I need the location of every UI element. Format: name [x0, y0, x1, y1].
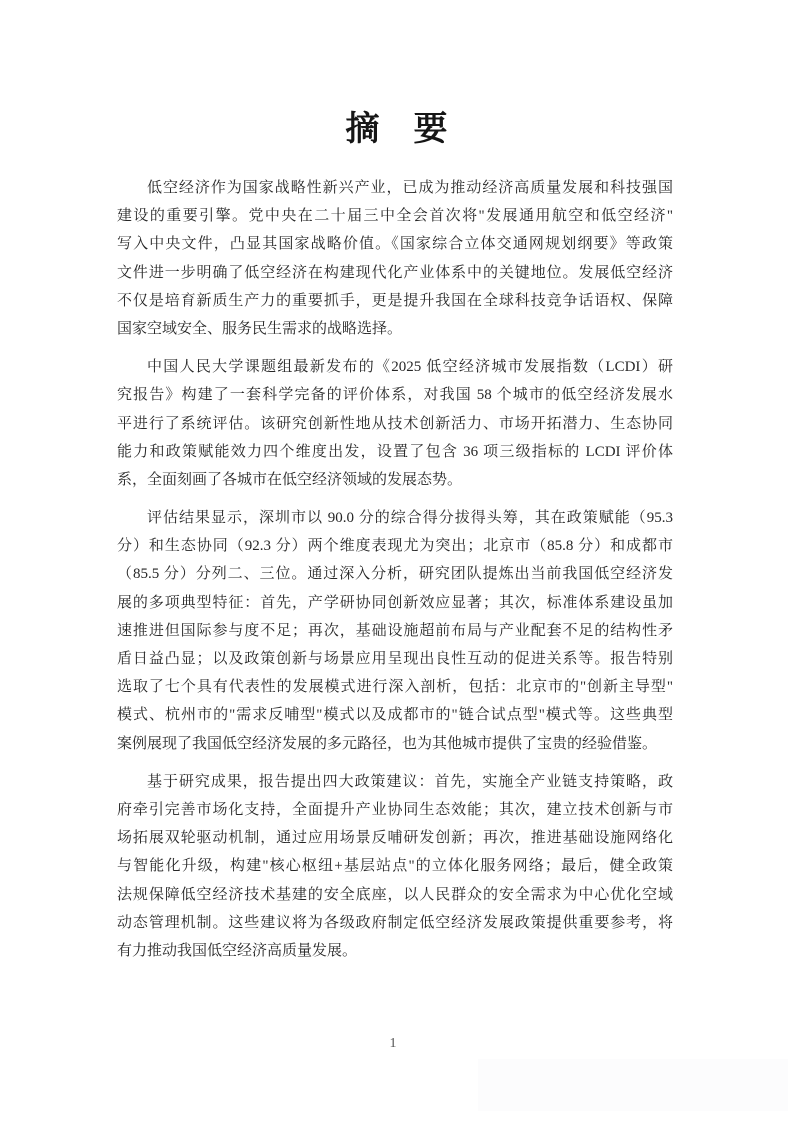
abstract-line: （85.5 分）分列二、三位。通过深入分析，研究团队提炼出当前我国低空经济发 — [117, 560, 673, 588]
page-title: 摘 要 — [0, 101, 793, 150]
abstract-line: 有力推动我国低空经济高质量发展。 — [117, 937, 673, 965]
abstract-line: 与智能化升级，构建"核心枢纽+基层站点"的立体化服务网络；最后，健全政策 — [117, 852, 673, 880]
abstract-line: 选取了七个具有代表性的发展模式进行深入剖析，包括：北京市的"创新主导型" — [117, 673, 673, 701]
scan-artifact-band — [478, 1059, 788, 1111]
abstract-line: 中国人民大学课题组最新发布的《2025 低空经济城市发展指数（LCDI）研 — [117, 353, 673, 381]
abstract-line: 究报告》构建了一套科学完备的评价体系，对我国 58 个城市的低空经济发展水 — [117, 381, 673, 409]
abstract-line: 模式、杭州市的"需求反哺型"模式以及成都市的"链合试点型"模式等。这些典型 — [117, 701, 673, 729]
abstract-line: 展的多项典型特征：首先，产学研协同创新效应显著；其次，标准体系建设虽加 — [117, 589, 673, 617]
abstract-line: 动态管理机制。这些建议将为各级政府制定低空经济发展政策提供重要参考，将 — [117, 909, 673, 937]
abstract-paragraph: 中国人民大学课题组最新发布的《2025 低空经济城市发展指数（LCDI）研究报告… — [117, 353, 673, 494]
abstract-line: 系，全面刻画了各城市在低空经济领域的发展态势。 — [117, 466, 673, 494]
abstract-line: 场拓展双轮驱动机制，通过应用场景反哺研发创新；再次，推进基础设施网络化 — [117, 824, 673, 852]
abstract-line: 府牵引完善市场化支持，全面提升产业协同生态效能；其次，建立技术创新与市 — [117, 796, 673, 824]
abstract-line: 文件进一步明确了低空经济在构建现代化产业体系中的关键地位。发展低空经济 — [117, 259, 673, 287]
page-number: 1 — [0, 1036, 786, 1052]
abstract-line: 写入中央文件，凸显其国家战略价值。《国家综合立体交通网规划纲要》等政策 — [117, 230, 673, 258]
abstract-line: 建设的重要引擎。党中央在二十届三中全会首次将"发展通用航空和低空经济" — [117, 202, 673, 230]
abstract-line: 低空经济作为国家战略性新兴产业，已成为推动经济高质量发展和科技强国 — [117, 174, 673, 202]
abstract-paragraph: 评估结果显示，深圳市以 90.0 分的综合得分拔得头筹，其在政策赋能（95.3分… — [117, 504, 673, 758]
abstract-line: 能力和政策赋能效力四个维度出发，设置了包含 36 项三级指标的 LCDI 评价体 — [117, 438, 673, 466]
abstract-line: 盾日益凸显；以及政策创新与场景应用呈现出良性互动的促进关系等。报告特别 — [117, 645, 673, 673]
abstract-line: 法规保障低空经济技术基建的安全底座，以人民群众的安全需求为中心优化空域 — [117, 881, 673, 909]
abstract-line: 分）和生态协同（92.3 分）两个维度表现尤为突出；北京市（85.8 分）和成都… — [117, 532, 673, 560]
abstract-line: 不仅是培育新质生产力的重要抓手，更是提升我国在全球科技竞争话语权、保障 — [117, 287, 673, 315]
abstract-paragraph: 基于研究成果，报告提出四大政策建议：首先，实施全产业链支持策略，政府牵引完善市场… — [117, 768, 673, 965]
abstract-line: 评估结果显示，深圳市以 90.0 分的综合得分拔得头筹，其在政策赋能（95.3 — [117, 504, 673, 532]
document-page: 摘 要 低空经济作为国家战略性新兴产业，已成为推动经济高质量发展和科技强国建设的… — [0, 0, 793, 1122]
abstract-line: 速推进但国际参与度不足；再次，基础设施超前布局与产业配套不足的结构性矛 — [117, 617, 673, 645]
abstract-line: 国家空域安全、服务民生需求的战略选择。 — [117, 315, 673, 343]
abstract-line: 平进行了系统评估。该研究创新性地从技术创新活力、市场开拓潜力、生态协同 — [117, 410, 673, 438]
abstract-body: 低空经济作为国家战略性新兴产业，已成为推动经济高质量发展和科技强国建设的重要引擎… — [117, 174, 673, 965]
abstract-line: 案例展现了我国低空经济发展的多元路径，也为其他城市提供了宝贵的经验借鉴。 — [117, 730, 673, 758]
abstract-paragraph: 低空经济作为国家战略性新兴产业，已成为推动经济高质量发展和科技强国建设的重要引擎… — [117, 174, 673, 343]
abstract-line: 基于研究成果，报告提出四大政策建议：首先，实施全产业链支持策略，政 — [117, 768, 673, 796]
